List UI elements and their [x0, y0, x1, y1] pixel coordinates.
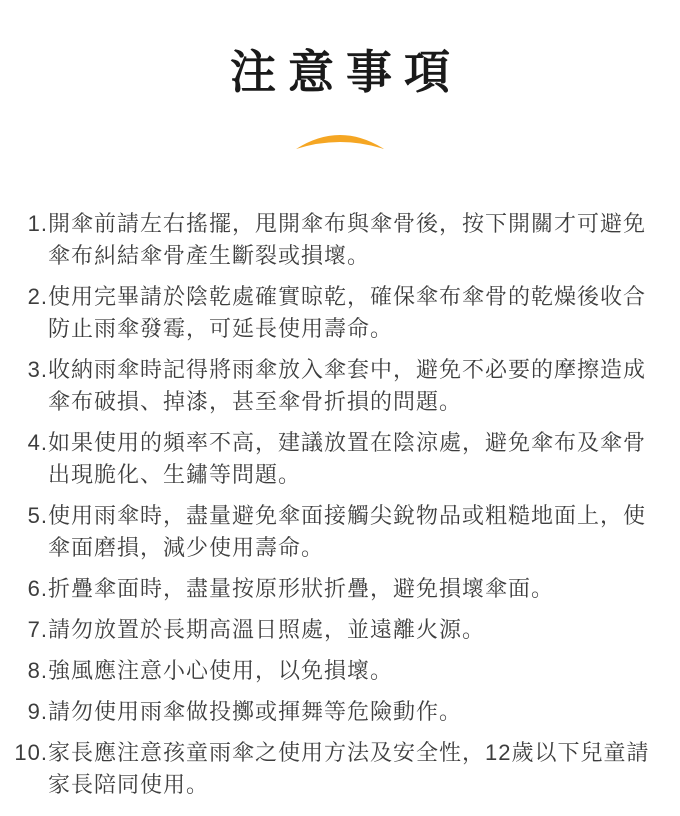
- notice-item-number: 9.: [14, 696, 48, 728]
- notice-item-number: 3.: [14, 354, 48, 386]
- notice-item-number: 7.: [14, 614, 48, 646]
- notice-item-number: 10.: [14, 737, 48, 769]
- notice-item: 10. 家長應注意孩童雨傘之使用方法及安全性，12歲以下兒童請家長陪同使用。: [14, 737, 660, 801]
- page-title: 注意事項: [0, 40, 680, 104]
- notice-item-number: 6.: [14, 573, 48, 605]
- notice-item-text: 請勿使用雨傘做投擲或揮舞等危險動作。: [48, 696, 660, 728]
- notice-item: 9. 請勿使用雨傘做投擲或揮舞等危險動作。: [14, 696, 660, 728]
- notice-item-text: 請勿放置於長期高溫日照處，並遠離火源。: [48, 614, 660, 646]
- notice-item: 6. 折疊傘面時，盡量按原形狀折疊，避免損壞傘面。: [14, 573, 660, 605]
- notice-item: 3. 收納雨傘時記得將雨傘放入傘套中，避免不必要的摩擦造成傘布破損、掉漆，甚至傘…: [14, 354, 660, 418]
- notice-item: 4. 如果使用的頻率不高，建議放置在陰涼處，避免傘布及傘骨出現脆化、生鏽等問題。: [14, 427, 660, 491]
- notice-item-text: 收納雨傘時記得將雨傘放入傘套中，避免不必要的摩擦造成傘布破損、掉漆，甚至傘骨折損…: [48, 354, 660, 418]
- notice-item: 7. 請勿放置於長期高溫日照處，並遠離火源。: [14, 614, 660, 646]
- notice-item-text: 折疊傘面時，盡量按原形狀折疊，避免損壞傘面。: [48, 573, 660, 605]
- notice-item-number: 4.: [14, 427, 48, 459]
- notice-item: 5. 使用雨傘時，盡量避免傘面接觸尖銳物品或粗糙地面上，使傘面磨損，減少使用壽命…: [14, 500, 660, 564]
- notice-item-text: 家長應注意孩童雨傘之使用方法及安全性，12歲以下兒童請家長陪同使用。: [48, 737, 660, 801]
- notice-item-text: 強風應注意小心使用，以免損壞。: [48, 655, 660, 687]
- notice-item-text: 如果使用的頻率不高，建議放置在陰涼處，避免傘布及傘骨出現脆化、生鏽等問題。: [48, 427, 660, 491]
- notice-item-number: 5.: [14, 500, 48, 532]
- page-header: 注意事項: [0, 0, 680, 152]
- notice-item-number: 1.: [14, 208, 48, 240]
- notice-item-text: 開傘前請左右搖擺，甩開傘布與傘骨後，按下開關才可避免傘布糾結傘骨產生斷裂或損壞。: [48, 208, 660, 272]
- notice-item-number: 2.: [14, 281, 48, 313]
- notice-item: 8. 強風應注意小心使用，以免損壞。: [14, 655, 660, 687]
- arc-swoosh-icon: [292, 126, 388, 152]
- notice-list: 1. 開傘前請左右搖擺，甩開傘布與傘骨後，按下開關才可避免傘布糾結傘骨產生斷裂或…: [14, 208, 660, 801]
- notice-item-number: 8.: [14, 655, 48, 687]
- notice-item-text: 使用雨傘時，盡量避免傘面接觸尖銳物品或粗糙地面上，使傘面磨損，減少使用壽命。: [48, 500, 660, 564]
- notice-item: 2. 使用完畢請於陰乾處確實晾乾，確保傘布傘骨的乾燥後收合防止雨傘發霉，可延長使…: [14, 281, 660, 345]
- notice-page: 注意事項 1. 開傘前請左右搖擺，甩開傘布與傘骨後，按下開關才可避免傘布糾結傘骨…: [0, 0, 680, 816]
- notice-item: 1. 開傘前請左右搖擺，甩開傘布與傘骨後，按下開關才可避免傘布糾結傘骨產生斷裂或…: [14, 208, 660, 272]
- notice-item-text: 使用完畢請於陰乾處確實晾乾，確保傘布傘骨的乾燥後收合防止雨傘發霉，可延長使用壽命…: [48, 281, 660, 345]
